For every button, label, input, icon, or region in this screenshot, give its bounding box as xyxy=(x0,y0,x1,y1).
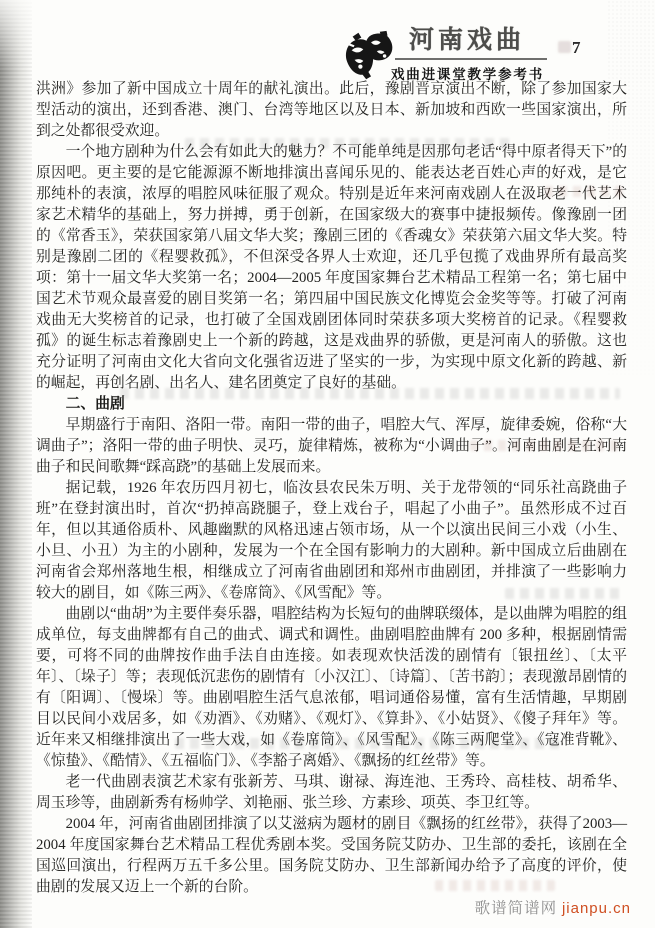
book-spine-shadow xyxy=(0,0,32,928)
body-paragraph: 2004 年，河南省曲剧团排演了以艾滋病为题材的剧目《飘扬的红丝带》，获得了20… xyxy=(36,814,627,898)
section-heading: 二、曲剧 xyxy=(36,394,627,415)
watermark-site-domain: jianpu.cn xyxy=(562,900,631,917)
scanned-book-page: 河南戏曲 戏曲进课堂教学参考书 7 洪洲》参加了新中国成立十周年的献礼演出。此后… xyxy=(0,0,655,928)
brand: 河南戏曲 戏曲进课堂教学参考书 xyxy=(341,26,547,83)
body-paragraph: 曲剧以“曲胡”为主要伴奏乐器，唱腔结构为长短句的曲牌联缀体，是以曲牌为唱腔的组成… xyxy=(36,604,627,772)
book-series-title: 河南戏曲 xyxy=(409,26,547,56)
body-paragraph: 洪洲》参加了新中国成立十周年的献礼演出。此后，豫剧晋京演出不断，除了参加国家大型… xyxy=(36,79,627,142)
page-number: 7 xyxy=(572,38,581,58)
brand-text: 河南戏曲 戏曲进课堂教学参考书 xyxy=(409,26,547,83)
page-header: 河南戏曲 戏曲进课堂教学参考书 7 xyxy=(0,0,655,86)
body-paragraph: 老一代曲剧表演艺术家有张新芳、马琪、谢禄、海连池、王秀玲、高桂枝、胡希华、周玉珍… xyxy=(36,772,627,814)
title-underline xyxy=(395,58,547,60)
page-body: 洪洲》参加了新中国成立十周年的献礼演出。此后，豫剧晋京演出不断，除了参加国家大型… xyxy=(36,79,627,898)
body-paragraph: 一个地方剧种为什么会有如此大的魅力？不可能单纯是因那句老话“得中原者得天下”的原… xyxy=(36,142,627,394)
watermark-site-name: 歌谱简谱网 xyxy=(475,900,558,917)
body-paragraph: 据记载，1926 年农历四月初七，临汝县农民朱万明、关于龙带领的“同乐社高跷曲子… xyxy=(36,478,627,604)
body-paragraph: 早期盛行于南阳、洛阳一带。南阳一带的曲子，唱腔大气、浑厚，旋律委婉，俗称“大调曲… xyxy=(36,415,627,478)
watermark-footer: 歌谱简谱网 jianpu.cn xyxy=(475,896,631,918)
